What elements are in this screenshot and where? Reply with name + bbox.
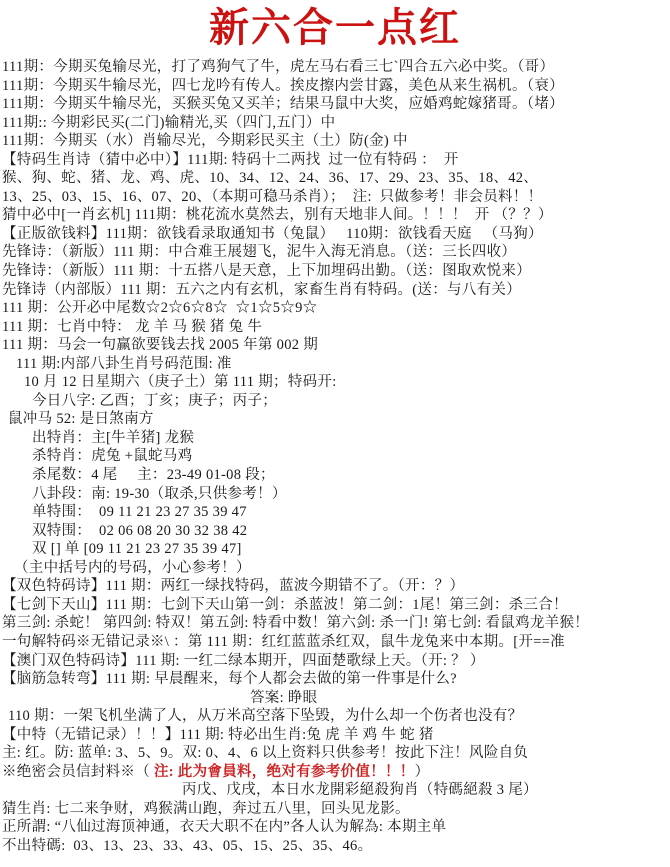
- line-text: 111期：今期买牛输尽光，四七龙吟有传人。挨皮擦内尝甘露，美色从来生祸机。（衰）: [2, 78, 564, 94]
- line-text: 八卦段：南: 19-30（取杀,只供参考！）: [32, 486, 287, 502]
- text-line: 【正版欲钱料】111期：欲钱看录取通知书（兔鼠） 110期：欲钱看天庭 （马狗）: [2, 225, 670, 244]
- text-line: 111 期：七肖中特： 龙 羊 马 猴 猪 兔 牛: [2, 318, 670, 337]
- line-text: 猜中必中[一肖玄机] 111期：桃花流水莫然去，别有天地非人间。！！！ 开 （？…: [2, 207, 553, 223]
- text-line: 10 月 12 日星期六（庚子土）第 111 期；特码开:: [2, 373, 670, 392]
- text-line: 单特围： 09 11 21 23 27 35 39 47: [2, 503, 670, 522]
- text-line: （主中括号内的号码，小心参考！）: [2, 559, 670, 578]
- line-text: 110 期：一架飞机坐满了人，从万米高空落下坠毁，为什么却一个伤者也没有？: [8, 708, 522, 724]
- document-body: 111期：今期买兔输尽光，打了鸡狗气了牛，虎左马右看三七`四合五六必中奖。（哥）…: [0, 56, 670, 856]
- text-line: 【双色特码诗】111 期：两红一绿找特码，蓝波今期错不了。（开：？）: [2, 577, 670, 596]
- text-line: 先锋诗：（新版）111 期：十五搭八是天意，上下加埋码出勤。（送：图取欢悦来）: [2, 262, 670, 281]
- text-line: 111 期:内部八卦生肖号码范围: 准: [2, 355, 670, 374]
- text-line: 八卦段：南: 19-30（取杀,只供参考！）: [2, 485, 670, 504]
- text-line: 丙戊、戊戌，本日水龙開彩絕殺狗肖（特碼絕殺 3 尾）: [2, 781, 670, 800]
- text-line: 111 期：公开必中尾数☆2☆6☆8☆ ☆1☆5☆9☆: [2, 299, 670, 318]
- text-line: 【七剑下天山】111 期：七剑下天山第一剑：杀蓝波！第二剑：1尾！第三剑：杀三合…: [2, 596, 670, 615]
- line-text: 111期：今期买牛输尽光，买猴买兔又买羊；结果马鼠中大奖，应婚鸡蛇嫁猪哥。（堵）: [2, 96, 564, 112]
- text-line: 【脑筋急转弯】111 期: 早晨醒来，每个人都会去做的第一件事是什么?: [2, 670, 670, 689]
- text-line: 出特肖：主[牛羊猪] 龙猴: [2, 429, 670, 448]
- text-line: 杀特肖：虎兔 +鼠蛇马鸡: [2, 447, 670, 466]
- text-line: 13、25、03、15、16、07、20、（本期可稳马杀肖）； 注: 只做参考！…: [2, 188, 670, 207]
- line-text: 111 期：马会一句赢欲要钱去找 2005 年第 002 期: [2, 337, 318, 353]
- line-text: 鼠冲马 52: 是日煞南方: [8, 411, 154, 427]
- line-text: 111 期:内部八卦生肖号码范围: 准: [16, 356, 232, 372]
- line-text: 【七剑下天山】111 期：七剑下天山第一剑：杀蓝波！第二剑：1尾！第三剑：杀三合…: [2, 597, 568, 613]
- text-line: 猜生肖: 七二来争财，鸡猴满山跑，奔过五八里，回头见龙影。: [2, 800, 670, 819]
- text-line: 主: 红。防: 蓝单: 3、5、9。双: 0、4、6 以上资料只供参考！按此下注…: [2, 744, 670, 763]
- line-text: 先锋诗（内部版）111 期：五六之内有玄机，家畜生肖有特码。(送：与八有关）: [2, 282, 521, 298]
- line-text: 出特肖：主[牛羊猪] 龙猴: [32, 430, 194, 446]
- text-line: 今日八字: 乙酉；丁亥；庚子；丙子；: [2, 392, 670, 411]
- text-line: 110 期：一架飞机坐满了人，从万米高空落下坠毁，为什么却一个伤者也没有？: [2, 707, 670, 726]
- line-text: （主中括号内的号码，小心参考！）: [14, 560, 251, 576]
- line-text: 13、25、03、15、16、07、20、（本期可稳马杀肖）； 注: 只做参考！…: [2, 189, 542, 205]
- line-text: 答案: 睁眼: [250, 690, 317, 706]
- page-title: 新六合一点红: [0, 4, 670, 52]
- line-text: 111 期：七肖中特： 龙 羊 马 猴 猪 兔 牛: [2, 319, 262, 335]
- line-text: 单特围： 09 11 21 23 27 35 39 47: [32, 504, 247, 520]
- line-text: 双特围： 02 06 08 20 30 32 38 42: [32, 523, 247, 539]
- text-line: 不出特碼: 03、13、23、33、43、05、15、25、35、46。: [2, 837, 670, 856]
- line-text: 111期：今期买（水）肖输尽光，今期彩民买主（土）防(金) 中: [2, 133, 408, 149]
- line-text: 主: 红。防: 蓝单: 3、5、9。双: 0、4、6 以上资料只供参考！按此下注…: [2, 745, 528, 761]
- line-text: 丙戊、戊戌，本日水龙開彩絕殺狗肖（特碼絕殺 3 尾）: [182, 782, 538, 798]
- line-text: 猜生肖: 七二来争财，鸡猴满山跑，奔过五八里，回头见龙影。: [2, 801, 410, 817]
- line-text: ※绝密会员信封料※（: [2, 764, 154, 780]
- text-line: 双特围： 02 06 08 20 30 32 38 42: [2, 522, 670, 541]
- text-line: 111期:: 今期彩民买(二门)输精光,买（四门,五门）中: [2, 114, 670, 133]
- text-line: 111 期：马会一句赢欲要钱去找 2005 年第 002 期: [2, 336, 670, 355]
- text-line: 先锋诗：（新版）111 期：中合难王展翅飞，泥牛入海无消息。（送：三长四收）: [2, 243, 670, 262]
- line-text: 111期:: 今期彩民买(二门)输精光,买（四门,五门）中: [2, 115, 335, 131]
- text-line: 【中特（无错记录）！！】111 期: 特必出生肖:兔 虎 羊 鸡 牛 蛇 猪: [2, 726, 670, 745]
- line-text: 不出特碼: 03、13、23、33、43、05、15、25、35、46。: [2, 838, 372, 854]
- line-text: 第三剑: 杀蛇！ 第四剑: 特双！第五剑: 特看中数！第六剑: 杀一门! 第七剑…: [2, 615, 589, 631]
- line-text: 今日八字: 乙酉；丁亥；庚子；丙子；: [32, 393, 277, 409]
- text-line: 猜中必中[一肖玄机] 111期：桃花流水莫然去，别有天地非人间。！！！ 开 （？…: [2, 206, 670, 225]
- text-line: ※绝密会员信封料※（ 注: 此为會員料，绝对有参考价值！！！）: [2, 763, 670, 782]
- text-line: 111期：今期买牛输尽光，买猴买兔又买羊；结果马鼠中大奖，应婚鸡蛇嫁猪哥。（堵）: [2, 95, 670, 114]
- line-text: 杀尾数：4 尾 主：23-49 01-08 段；: [32, 467, 275, 483]
- line-text: 【正版欲钱料】111期：欲钱看录取通知书（兔鼠） 110期：欲钱看天庭 （马狗）: [2, 226, 543, 242]
- text-line: 111期：今期买（水）肖输尽光，今期彩民买主（土）防(金) 中: [2, 132, 670, 151]
- line-text: 正所謂: “八仙过海顶神通，衣天大职不在内”各人认为解為: 本期主单: [2, 819, 446, 835]
- text-line: 鼠冲马 52: 是日煞南方: [2, 410, 670, 429]
- text-line: 答案: 睁眼: [2, 689, 670, 708]
- line-text: 【澳门双色特码诗】111 期: 一红二绿本期开，四面楚歌绿上天。（开: ？ ）: [2, 653, 485, 669]
- text-line: 先锋诗（内部版）111 期：五六之内有玄机，家畜生肖有特码。(送：与八有关）: [2, 281, 670, 300]
- line-text: 【双色特码诗】111 期：两红一绿找特码，蓝波今期错不了。（开：？）: [2, 578, 464, 594]
- line-text: 一句解特码※无错记录※\ ：第 111 期：红红蓝蓝杀红双，鼠牛龙兔来中本期。[…: [2, 634, 565, 650]
- text-line: 【澳门双色特码诗】111 期: 一红二绿本期开，四面楚歌绿上天。（开: ？ ）: [2, 652, 670, 671]
- line-text: 双 [] 单 [09 11 21 23 27 35 39 47]: [32, 541, 242, 557]
- line-text: 【脑筋急转弯】111 期: 早晨醒来，每个人都会去做的第一件事是什么?: [2, 671, 457, 687]
- text-line: 【特码生肖诗（猜中必中）】111期: 特码十二两找 过一位有特码 ： 开: [2, 151, 670, 170]
- text-line: 正所謂: “八仙过海顶神通，衣天大职不在内”各人认为解為: 本期主单: [2, 818, 670, 837]
- text-line: 双 [] 单 [09 11 21 23 27 35 39 47]: [2, 540, 670, 559]
- text-line: 111期：今期买兔输尽光，打了鸡狗气了牛，虎左马右看三七`四合五六必中奖。（哥）: [2, 58, 670, 77]
- line-text: 杀特肖：虎兔 +鼠蛇马鸡: [32, 448, 192, 464]
- text-line: 111期：今期买牛输尽光，四七龙吟有传人。挨皮擦内尝甘露，美色从来生祸机。（衰）: [2, 77, 670, 96]
- line-text: 10 月 12 日星期六（庚子土）第 111 期；特码开:: [24, 374, 337, 390]
- text-line: 第三剑: 杀蛇！ 第四剑: 特双！第五剑: 特看中数！第六剑: 杀一门! 第七剑…: [2, 614, 670, 633]
- highlighted-text: 注: 此为會員料，绝对有参考价值！！！: [154, 764, 415, 780]
- text-line: 猴、狗、蛇、猪、龙、鸡、虎、10、34、12、24、36、17、29、23、35…: [2, 169, 670, 188]
- line-text: 【特码生肖诗（猜中必中）】111期: 特码十二两找 过一位有特码 ： 开: [2, 152, 459, 168]
- line-text: 111期：今期买兔输尽光，打了鸡狗气了牛，虎左马右看三七`四合五六必中奖。（哥）: [2, 59, 554, 75]
- line-text: 猴、狗、蛇、猪、龙、鸡、虎、10、34、12、24、36、17、29、23、35…: [2, 170, 538, 186]
- line-text: 先锋诗：（新版）111 期：中合难王展翅飞，泥牛入海无消息。（送：三长四收）: [2, 244, 516, 260]
- line-text: ）: [415, 764, 430, 780]
- text-line: 杀尾数：4 尾 主：23-49 01-08 段；: [2, 466, 670, 485]
- line-text: 111 期：公开必中尾数☆2☆6☆8☆ ☆1☆5☆9☆: [2, 300, 317, 316]
- lottery-tip-sheet: 新六合一点红 111期：今期买兔输尽光，打了鸡狗气了牛，虎左马右看三七`四合五六…: [0, 4, 670, 867]
- line-text: 先锋诗：（新版）111 期：十五搭八是天意，上下加埋码出勤。（送：图取欢悦来）: [2, 263, 531, 279]
- line-text: 【中特（无错记录）！！】111 期: 特必出生肖:兔 虎 羊 鸡 牛 蛇 猪: [2, 727, 434, 743]
- text-line: 一句解特码※无错记录※\ ：第 111 期：红红蓝蓝杀红双，鼠牛龙兔来中本期。[…: [2, 633, 670, 652]
